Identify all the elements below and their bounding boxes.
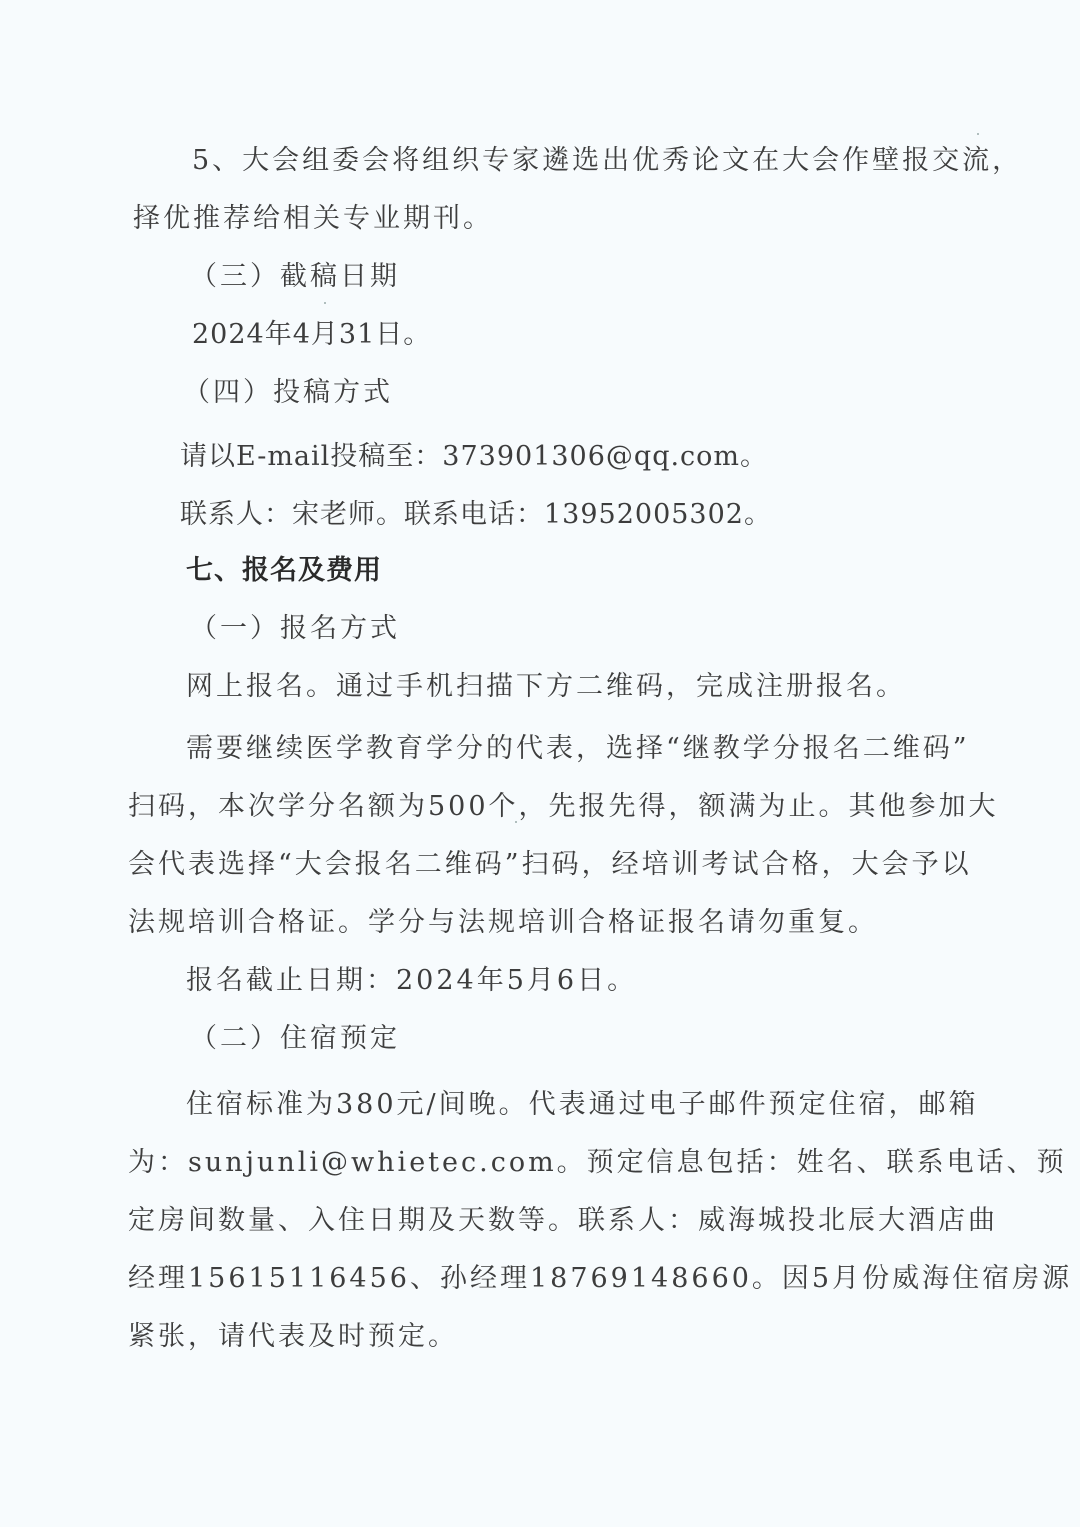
credit-paragraph-line-3: 会代表选择“大会报名二维码”扫码，经培训考试合格，大会予以 <box>128 848 972 882</box>
contact-line: 联系人：宋老师。联系电话：13952005302。 <box>180 498 772 532</box>
accommodation-line-5: 紧张，请代表及时预定。 <box>128 1320 458 1354</box>
accommodation-line-3: 定房间数量、入住日期及天数等。联系人：威海城投北辰大酒店曲 <box>128 1204 998 1238</box>
credit-paragraph-line-4: 法规培训合格证。学分与法规培训合格证报名请勿重复。 <box>128 906 878 940</box>
section-7-heading: 七、报名及费用 <box>186 554 382 588</box>
accommodation-heading: （二）住宿预定 <box>190 1022 400 1056</box>
credit-paragraph-line-2: 扫码，本次学分名额为500个，先报先得，额满为止。其他参加大 <box>128 790 999 824</box>
paragraph-5-line-1: 5、大会组委会将组织专家遴选出优秀论文在大会作壁报交流， <box>192 144 1022 178</box>
credit-paragraph-line-1: 需要继续医学教育学分的代表，选择“继教学分报名二维码” <box>186 732 970 766</box>
scan-speck <box>324 302 326 304</box>
accommodation-line-4: 经理15615116456、孙经理18769148660。因5月份威海住宿房源 <box>128 1262 1072 1296</box>
submission-email-line: 请以E-mail投稿至：373901306@qq.com。 <box>180 440 768 474</box>
scan-speck <box>977 133 979 135</box>
paragraph-5-line-2: 择优推荐给相关专业期刊。 <box>133 202 493 236</box>
subsection-3-heading: （三）截稿日期 <box>190 260 400 294</box>
registration-deadline: 报名截止日期：2024年5月6日。 <box>186 964 637 998</box>
scan-speck <box>515 821 517 823</box>
registration-method-heading: （一）报名方式 <box>190 612 400 646</box>
subsection-4-heading: （四）投稿方式 <box>183 376 393 410</box>
accommodation-line-2: 为：sunjunli@whietec.com。预定信息包括：姓名、联系电话、预 <box>128 1146 1067 1180</box>
document-page: 5、大会组委会将组织专家遴选出优秀论文在大会作壁报交流， 择优推荐给相关专业期刊… <box>0 0 1080 1527</box>
submission-deadline: 2024年4月31日。 <box>192 318 431 352</box>
online-registration-text: 网上报名。通过手机扫描下方二维码，完成注册报名。 <box>186 670 906 704</box>
accommodation-line-1: 住宿标准为380元/间晚。代表通过电子邮件预定住宿，邮箱 <box>186 1088 979 1122</box>
